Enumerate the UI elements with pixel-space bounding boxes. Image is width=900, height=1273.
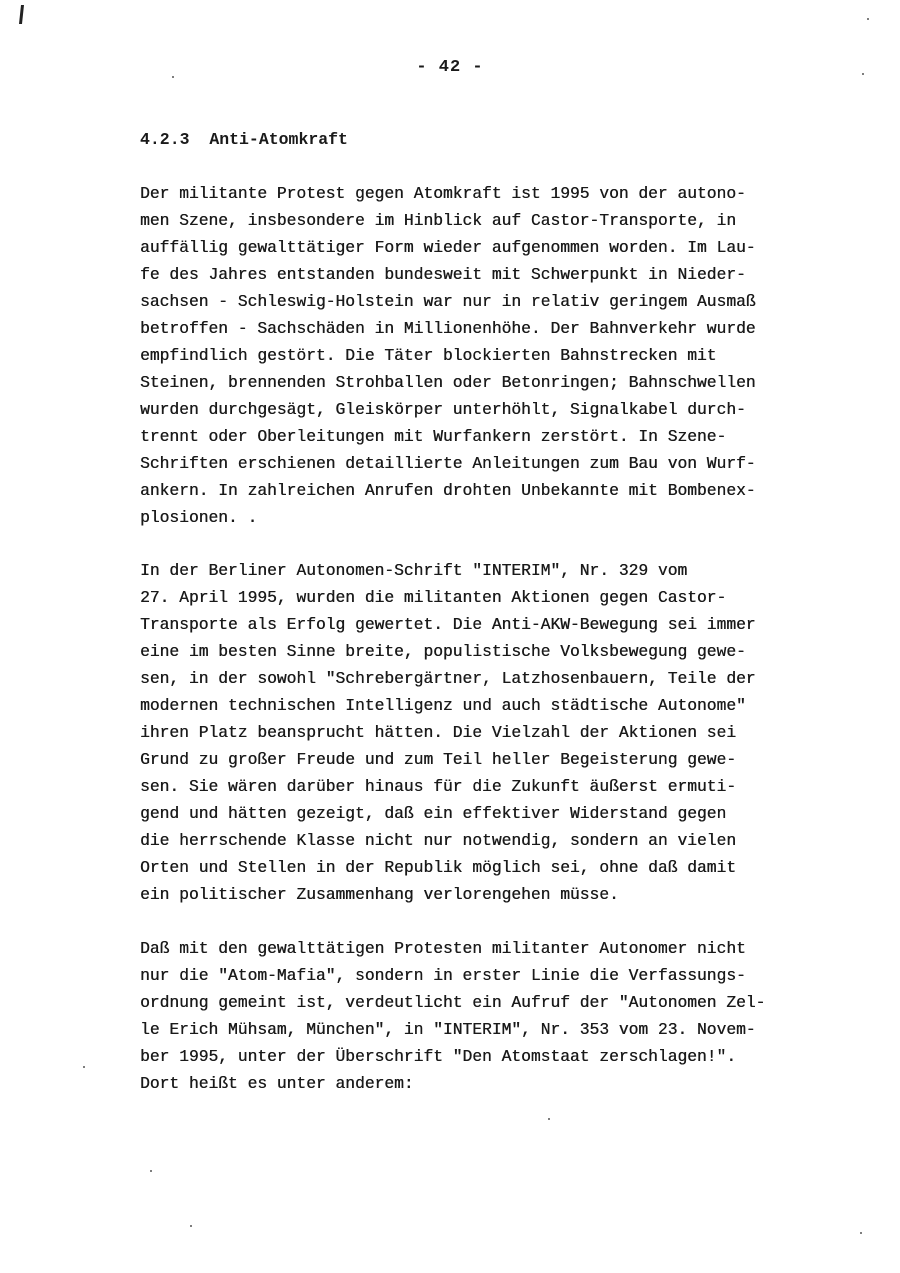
text-line: Steinen, brennenden Strohballen oder Bet… [140, 369, 860, 396]
text-line: auffällig gewalttätiger Form wieder aufg… [140, 234, 860, 261]
scan-speck [172, 76, 174, 78]
paragraph-castor-protests: Der militante Protest gegen Atomkraft is… [140, 180, 860, 531]
scan-speck [860, 1232, 862, 1234]
text-line: eine im besten Sinne breite, populistisc… [140, 638, 860, 665]
scan-speck [150, 1170, 152, 1172]
text-line: Transporte als Erfolg gewertet. Die Anti… [140, 611, 860, 638]
scan-speck [83, 1066, 85, 1068]
text-line: sen. Sie wären darüber hinaus für die Zu… [140, 773, 860, 800]
scan-speck [867, 18, 869, 20]
scan-speck [862, 73, 864, 75]
text-line: Daß mit den gewalttätigen Protesten mili… [140, 935, 860, 962]
section-heading: 4.2.3 Anti-Atomkraft [140, 130, 348, 149]
section-title: Anti-Atomkraft [209, 130, 348, 149]
text-line: Der militante Protest gegen Atomkraft is… [140, 180, 860, 207]
text-line: die herrschende Klasse nicht nur notwend… [140, 827, 860, 854]
text-line: wurden durchgesägt, Gleiskörper unterhöh… [140, 396, 860, 423]
text-line: Orten und Stellen in der Republik möglic… [140, 854, 860, 881]
text-line: ein politischer Zusammenhang verlorengeh… [140, 881, 860, 908]
text-line: fe des Jahres entstanden bundesweit mit … [140, 261, 860, 288]
text-line: ankern. In zahlreichen Anrufen drohten U… [140, 477, 860, 504]
text-line: trennt oder Oberleitungen mit Wurfankern… [140, 423, 860, 450]
text-line: In der Berliner Autonomen-Schrift "INTER… [140, 557, 860, 584]
text-line: 27. April 1995, wurden die militanten Ak… [140, 584, 860, 611]
text-line: Schriften erschienen detaillierte Anleit… [140, 450, 860, 477]
text-line: Grund zu großer Freude und zum Teil hell… [140, 746, 860, 773]
text-line: sachsen - Schleswig-Holstein war nur in … [140, 288, 860, 315]
scan-speck [548, 1118, 550, 1120]
text-line: betroffen - Sachschäden in Millionenhöhe… [140, 315, 860, 342]
text-line: modernen technischen Intelligenz und auc… [140, 692, 860, 719]
text-line: men Szene, insbesondere im Hinblick auf … [140, 207, 860, 234]
text-line: ihren Platz beansprucht hätten. Die Viel… [140, 719, 860, 746]
scan-artifact-mark [19, 5, 24, 24]
text-line: nur die "Atom-Mafia", sondern in erster … [140, 962, 860, 989]
scan-speck [190, 1225, 192, 1227]
document-page: - 42 - 4.2.3 Anti-Atomkraft Der militant… [0, 0, 900, 1273]
text-line: le Erich Mühsam, München", in "INTERIM",… [140, 1016, 860, 1043]
paragraph-interim-329: In der Berliner Autonomen-Schrift "INTER… [140, 557, 860, 908]
page-number: - 42 - [0, 58, 900, 77]
section-number: 4.2.3 [140, 130, 190, 149]
text-line: empfindlich gestört. Die Täter blockiert… [140, 342, 860, 369]
text-line: gend und hätten gezeigt, daß ein effekti… [140, 800, 860, 827]
text-line: sen, in der sowohl "Schrebergärtner, Lat… [140, 665, 860, 692]
text-line: Dort heißt es unter anderem: [140, 1070, 860, 1097]
paragraph-interim-353: Daß mit den gewalttätigen Protesten mili… [140, 935, 860, 1097]
text-line: plosionen. . [140, 504, 860, 531]
text-line: ordnung gemeint ist, verdeutlicht ein Au… [140, 989, 860, 1016]
text-line: ber 1995, unter der Überschrift "Den Ato… [140, 1043, 860, 1070]
